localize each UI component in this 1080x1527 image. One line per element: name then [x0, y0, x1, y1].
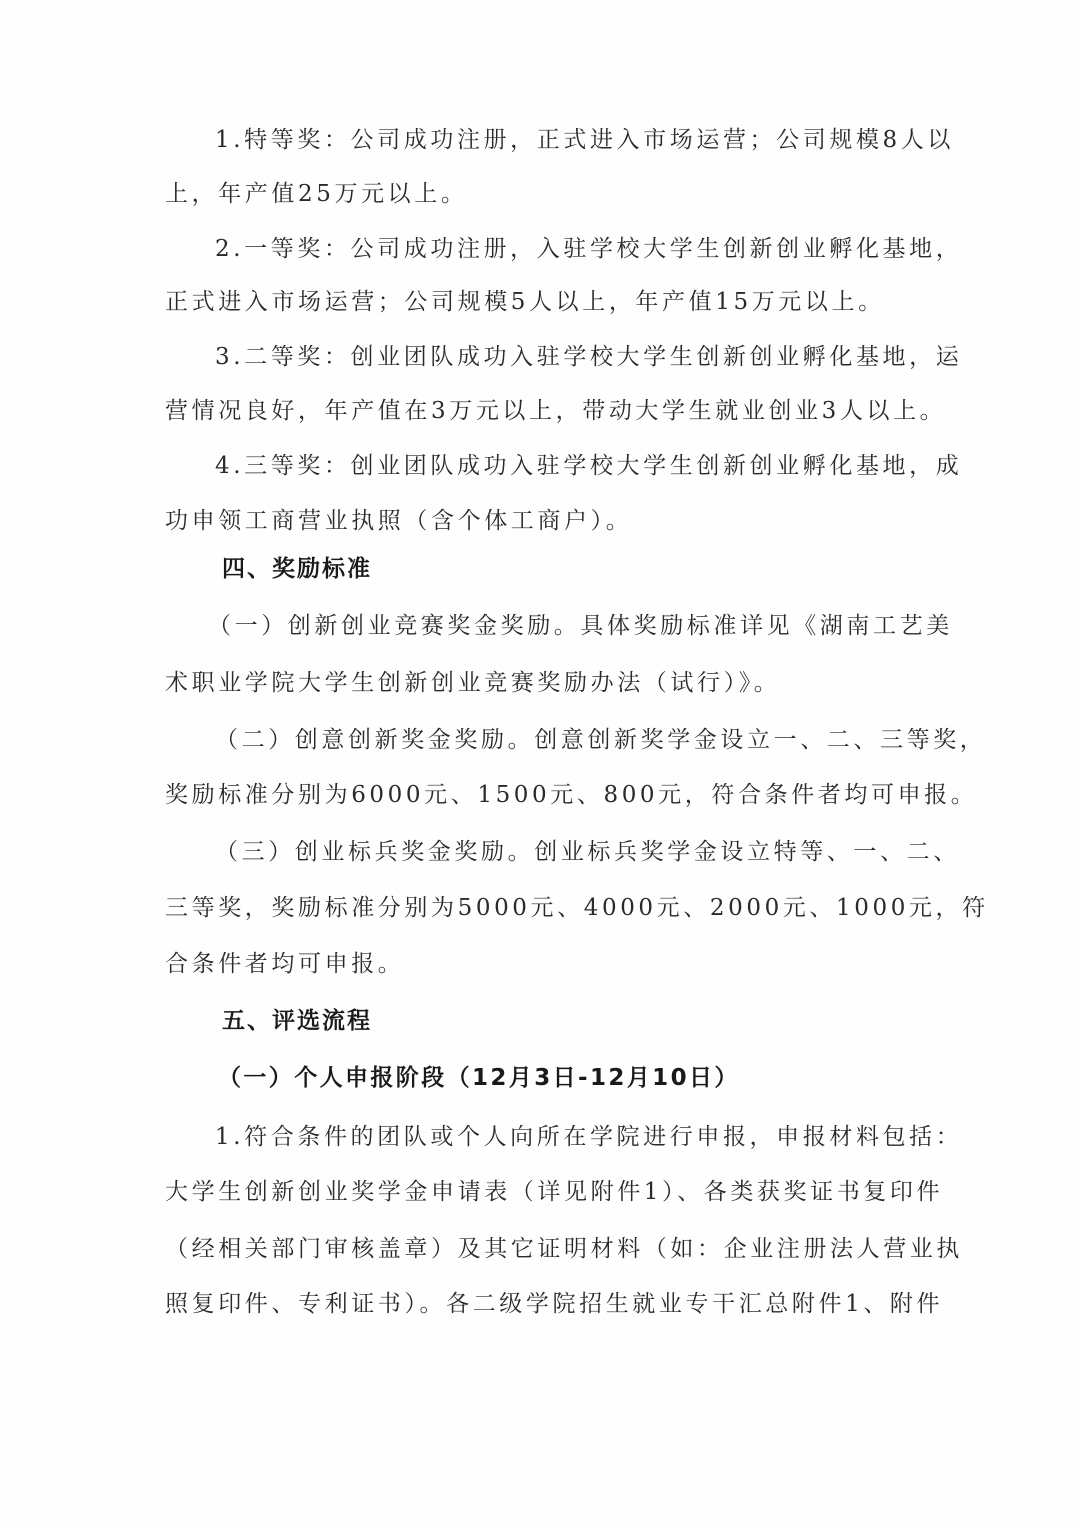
stage-heading-personal-application: （一）个人申报阶段（12月3日-12月10日）: [218, 1063, 740, 1093]
reward-sub-3-line-2: 三等奖，奖励标准分别为5000元、4000元、2000元、1000元，符: [165, 893, 917, 923]
award-item-3-line-2: 营情况良好，年产值在3万元以上，带动大学生就业创业3人以上。: [165, 396, 917, 426]
award-item-1-line-1: 1.特等奖：公司成功注册，正式进入市场运营；公司规模8人以: [215, 125, 917, 155]
award-item-2-line-2: 正式进入市场运营；公司规模5人以上，年产值15万元以上。: [165, 287, 917, 317]
reward-sub-1-line-2: 术职业学院大学生创新创业竞赛奖励办法（试行）》。: [165, 668, 917, 698]
award-item-4-line-1: 4.三等奖：创业团队成功入驻学校大学生创新创业孵化基地，成: [215, 451, 917, 481]
award-item-2-line-1: 2.一等奖：公司成功注册，入驻学校大学生创新创业孵化基地，: [215, 234, 917, 264]
section-heading-selection-process: 五、评选流程: [222, 1006, 372, 1036]
reward-sub-3-line-3: 合条件者均可申报。: [165, 949, 917, 979]
document-page: 1.特等奖：公司成功注册，正式进入市场运营；公司规模8人以 上，年产值25万元以…: [0, 0, 1080, 1527]
stage-1-para-1-line-4: 照复印件、专利证书）。各二级学院招生就业专干汇总附件1、附件: [165, 1289, 917, 1319]
award-item-4-line-2: 功申领工商营业执照（含个体工商户）。: [165, 506, 917, 536]
reward-sub-1-line-1: （一）创新创业竞赛奖金奖励。具体奖励标准详见《湖南工艺美: [208, 611, 917, 641]
stage-1-para-1-line-2: 大学生创新创业奖学金申请表（详见附件1）、各类获奖证书复印件: [165, 1177, 917, 1207]
stage-1-para-1-line-3: （经相关部门审核盖章）及其它证明材料（如：企业注册法人营业执: [165, 1234, 917, 1264]
section-heading-reward-standards: 四、奖励标准: [222, 554, 372, 584]
stage-1-para-1-line-1: 1.符合条件的团队或个人向所在学院进行申报，申报材料包括：: [215, 1122, 917, 1152]
award-item-3-line-1: 3.二等奖：创业团队成功入驻学校大学生创新创业孵化基地，运: [215, 342, 917, 372]
reward-sub-2-line-2: 奖励标准分别为6000元、1500元、800元，符合条件者均可申报。: [165, 780, 917, 810]
award-item-1-line-2: 上，年产值25万元以上。: [165, 179, 917, 209]
reward-sub-2-line-1: （二）创意创新奖金奖励。创意创新奖学金设立一、二、三等奖，: [215, 725, 917, 755]
reward-sub-3-line-1: （三）创业标兵奖金奖励。创业标兵奖学金设立特等、一、二、: [215, 837, 917, 867]
